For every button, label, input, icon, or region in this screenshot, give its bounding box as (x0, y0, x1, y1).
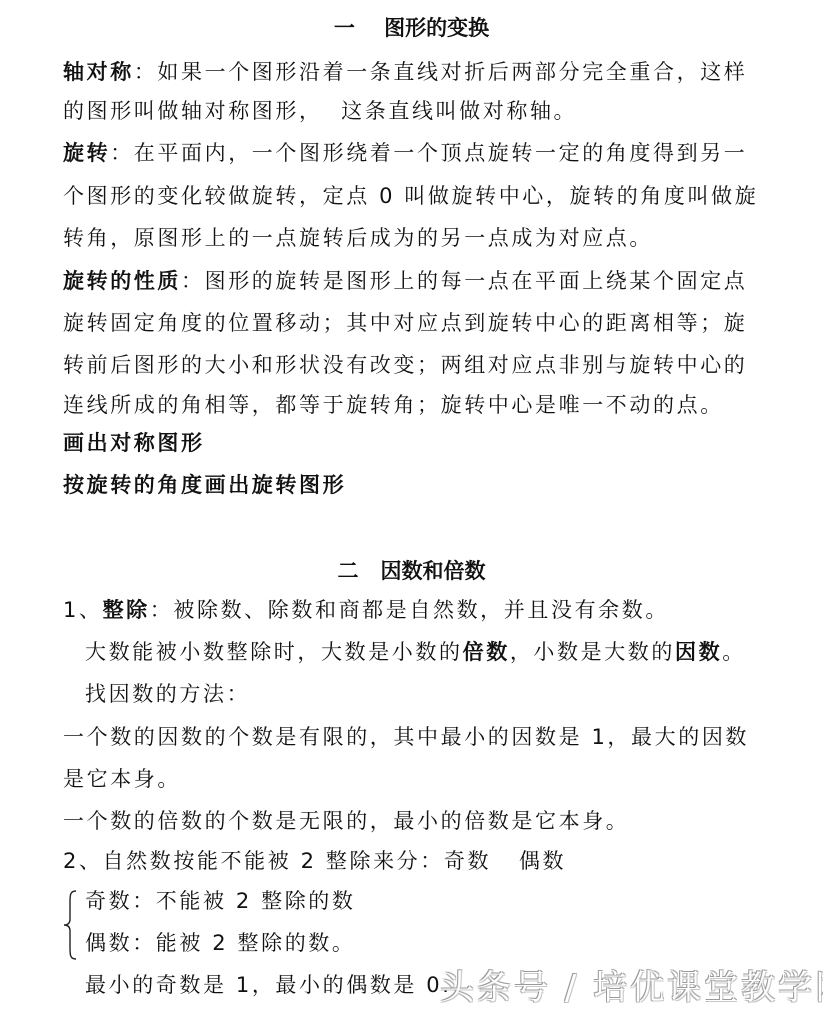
text-run: 旋转固定角度的位置移动；其中对应点到旋转中心的距离相等；旋 (63, 311, 747, 335)
section-1-title: 一 图形的变换 (0, 12, 823, 42)
bold-term: 轴对称 (63, 60, 134, 84)
text-run: 一个数的倍数的个数是无限的，最小的倍数是它本身。 (63, 809, 629, 833)
document-page: 一 图形的变换 轴对称：如果一个图形沿着一条直线对折后两部分完全重合，这样 的图… (0, 0, 823, 1011)
text-run: ，小数是大数的 (510, 640, 675, 664)
s1-line-10: 按旋转的角度画出旋转图形 (63, 471, 346, 499)
s2-line-3: 一个数的因数的个数是有限的，其中最小的因数是 1，最大的因数 (63, 723, 749, 751)
s2-line-0: 1、整除：被除数、除数和商都是自然数，并且没有余数。 (63, 596, 669, 624)
bold-term: 因数 (675, 640, 722, 664)
s1-line-7: 转前后图形的大小和形状没有改变；两组对应点非别与旋转中心的 (63, 351, 747, 379)
s1-line-4: 转角，原图形上的一点旋转后成为的另一点成为对应点。 (63, 224, 653, 252)
text-run: 个图形的变化较做旋转，定点 0 叫做旋转中心，旋转的角度叫做旋 (63, 184, 758, 208)
s2-line-7: 奇数：不能被 2 整除的数 (85, 887, 356, 915)
text-run: 1、 (63, 598, 103, 622)
s2-line-4: 是它本身。 (63, 765, 181, 793)
text-run: 大数能被小数整除时，大数是小数的 (85, 640, 463, 664)
bold-term: 旋转 (63, 141, 110, 165)
s1-line-2: 旋转：在平面内，一个图形绕着一个顶点旋转一定的角度得到另一 (63, 139, 747, 167)
s1-line-6: 旋转固定角度的位置移动；其中对应点到旋转中心的距离相等；旋 (63, 309, 747, 337)
text-run: 是它本身。 (63, 767, 181, 791)
s1-line-9: 画出对称图形 (63, 429, 205, 457)
s2-line-9: 最小的奇数是 1，最小的偶数是 0. (85, 971, 452, 999)
s2-line-8: 偶数：能被 2 整除的数。 (85, 929, 356, 957)
s2-line-2: 找因数的方法： (85, 680, 250, 708)
text-run: 2、自然数按能不能被 2 整除来分：奇数 偶数 (63, 849, 566, 873)
s1-line-5: 旋转的性质：图形的旋转是图形上的每一点在平面上绕某个固定点 (63, 267, 747, 295)
s1-line-8: 连线所成的角相等，都等于旋转角；旋转中心是唯一不动的点。 (63, 391, 724, 419)
section-2-title: 二 因数和倍数 (0, 555, 823, 585)
text-run: ：在平面内，一个图形绕着一个顶点旋转一定的角度得到另一 (110, 141, 747, 165)
curly-brace-icon (62, 889, 78, 961)
text-run: 最小的奇数是 1，最小的偶数是 0. (85, 973, 452, 997)
s1-line-0: 轴对称：如果一个图形沿着一条直线对折后两部分完全重合，这样 (63, 58, 747, 86)
text-run: 找因数的方法： (85, 682, 250, 706)
text-run: ：如果一个图形沿着一条直线对折后两部分完全重合，这样 (134, 60, 748, 84)
text-run: 连线所成的角相等，都等于旋转角；旋转中心是唯一不动的点。 (63, 393, 724, 417)
bold-term: 按旋转的角度画出旋转图形 (63, 473, 346, 497)
text-run: 一个数的因数的个数是有限的，其中最小的因数是 1，最大的因数 (63, 725, 749, 749)
s2-line-5: 一个数的倍数的个数是无限的，最小的倍数是它本身。 (63, 807, 629, 835)
bold-term: 旋转的性质 (63, 269, 181, 293)
text-run: ：图形的旋转是图形上的每一点在平面上绕某个固定点 (181, 269, 747, 293)
text-run: 偶数：能被 2 整除的数。 (85, 931, 356, 955)
bold-term: 整除 (103, 598, 150, 622)
watermark-text: 头条号 / 培优课堂教学网 (440, 960, 823, 1009)
s2-line-6: 2、自然数按能不能被 2 整除来分：奇数 偶数 (63, 847, 566, 875)
bold-term: 倍数 (463, 640, 510, 664)
text-run: 奇数：不能被 2 整除的数 (85, 889, 356, 913)
bold-term: 画出对称图形 (63, 431, 205, 455)
text-run: 。 (722, 640, 746, 664)
s1-line-1: 的图形叫做轴对称图形， 这条直线叫做对称轴。 (63, 97, 577, 125)
s1-line-3: 个图形的变化较做旋转，定点 0 叫做旋转中心，旋转的角度叫做旋 (63, 182, 758, 210)
text-run: ：被除数、除数和商都是自然数，并且没有余数。 (150, 598, 669, 622)
text-run: 的图形叫做轴对称图形， 这条直线叫做对称轴。 (63, 99, 577, 123)
text-run: 转角，原图形上的一点旋转后成为的另一点成为对应点。 (63, 226, 653, 250)
text-run: 转前后图形的大小和形状没有改变；两组对应点非别与旋转中心的 (63, 353, 747, 377)
s2-line-1: 大数能被小数整除时，大数是小数的倍数，小数是大数的因数。 (85, 638, 746, 666)
